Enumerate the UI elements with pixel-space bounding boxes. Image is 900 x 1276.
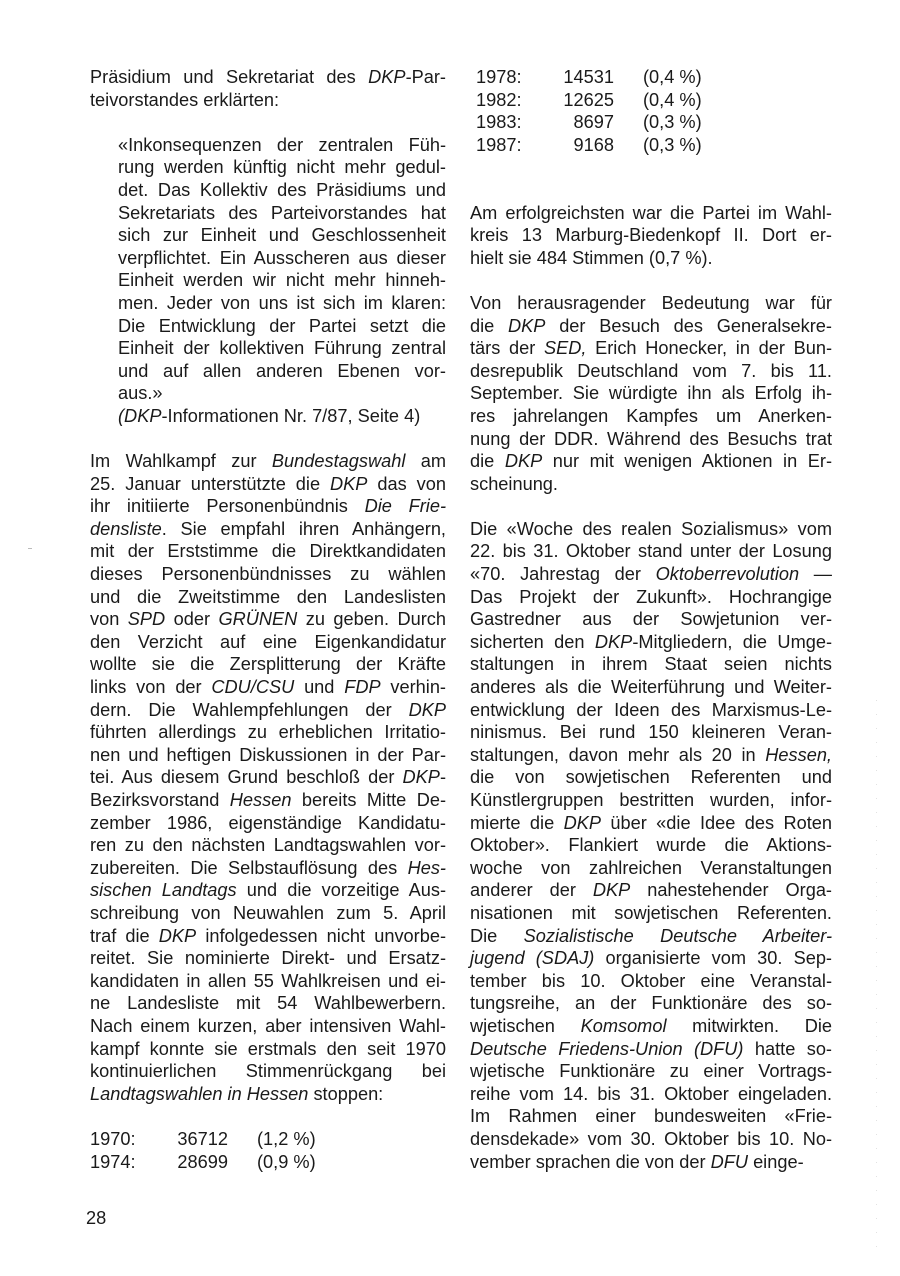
quote-line: verpflichtet. Ein Ausscheren aus dieser: [118, 247, 446, 270]
page-number: 28: [86, 1208, 106, 1229]
text-line: staltungen in ihrem Staat seien nichts: [470, 653, 832, 676]
text-line: jugend (SDAJ) organisierte vom 30. Sep-: [470, 947, 832, 970]
text-line: schreibung von Neuwahlen zum 5. April: [90, 902, 446, 925]
text-line: Bezirksvorstand Hessen bereits Mitte De-: [90, 789, 446, 812]
text-line: wjetische Funktionäre zu einer Vortrags-: [470, 1060, 832, 1083]
left-column: Präsidium und Sekretariat des DKP-Par- t…: [90, 66, 446, 1173]
scan-artifact: [876, 700, 877, 1260]
text-line: ninismus. Bei rund 150 kleineren Veran-: [470, 721, 832, 744]
text-line: Im Rahmen einer bundesweiten «Frie-: [470, 1105, 832, 1128]
text-line: dern. Die Wahlempfehlungen der DKP: [90, 699, 446, 722]
text-line: tei. Aus diesem Grund beschloß der DKP-: [90, 766, 446, 789]
text-line: «70. Jahrestag der Oktoberrevolution —: [470, 563, 832, 586]
text-line: kreis 13 Marburg-Biedenkopf II. Dort er-: [470, 224, 832, 247]
paragraph-honecker: Von herausragender Bedeutung war fürdie …: [470, 292, 832, 495]
scan-artifact: [28, 548, 32, 549]
quote-line: sich zur Einheit und Geschlossenheit: [118, 224, 446, 247]
text-line: die DKP der Besuch des Generalsekre-: [470, 315, 832, 338]
quote-line: Einheit werden wir nicht mehr hinneh-: [118, 269, 446, 292]
text-line: densliste. Sie empfahl ihren Anhängern,: [90, 518, 446, 541]
text-line: Das Projekt der Zukunft». Hochrangige: [470, 586, 832, 609]
text-line: sischen Landtags und die vorzeitige Aus-: [90, 879, 446, 902]
result-row: 1974:28699(0,9 %): [90, 1151, 446, 1174]
text-line: 22. bis 31. Oktober stand unter der Losu…: [470, 540, 832, 563]
result-row: 1987:9168(0,3 %): [476, 134, 832, 157]
quote-line: aus.»: [118, 382, 446, 405]
text-line: scheinung.: [470, 473, 832, 496]
text-line: 25. Januar unterstützte die DKP das von: [90, 473, 446, 496]
text-line: Am erfolgreichsten war die Partei im Wah…: [470, 202, 832, 225]
text-line: densdekade» vom 30. Oktober bis 10. No-: [470, 1128, 832, 1151]
text-line: traf die DKP infolgedessen nicht unvorbe…: [90, 925, 446, 948]
text-line: kandidaten in allen 55 Wahlkreisen und e…: [90, 970, 446, 993]
text-line: führten allerdings zu erheblichen Irrita…: [90, 721, 446, 744]
text-line: Nach einem kurzen, aber intensiven Wahl-: [90, 1015, 446, 1038]
quote-line: Sekretariats des Parteivorstandes hat: [118, 202, 446, 225]
text-line: kampf konnte sie erstmals den seit 1970: [90, 1038, 446, 1061]
document-page: Präsidium und Sekretariat des DKP-Par- t…: [0, 0, 900, 1276]
text-line: die von sowjetischen Referenten und: [470, 766, 832, 789]
text-line: dieses Personenbündnisses zu wählen: [90, 563, 446, 586]
text-line: Von herausragender Bedeutung war für: [470, 292, 832, 315]
text-line: anderer der DKP nahestehender Orga-: [470, 879, 832, 902]
text-line: ren zu den nächsten Landtagswahlen vor-: [90, 834, 446, 857]
text-line: ihr initiierte Personenbündnis Die Frie-: [90, 495, 446, 518]
quote-line: und auf allen anderen Ebenen vor-: [118, 360, 446, 383]
text-line: kontinuierlichen Stimmenrückgang bei: [90, 1060, 446, 1083]
result-row: 1983:8697(0,3 %): [476, 111, 832, 134]
quote-line: det. Das Kollektiv des Präsidiums und: [118, 179, 446, 202]
text-line: nung der DDR. Während des Besuchs trat: [470, 428, 832, 451]
text-line: die DKP nur mit wenigen Aktionen in Er-: [470, 450, 832, 473]
text-line: tungsreihe, an der Funktionäre des so-: [470, 992, 832, 1015]
text-line: Landtagswahlen in Hessen stoppen:: [90, 1083, 446, 1106]
text-line: reitet. Sie nominierte Direkt- und Ersat…: [90, 947, 446, 970]
text-line: den Verzicht auf eine Eigenkandidatur: [90, 631, 446, 654]
result-row: 1982:12625(0,4 %): [476, 89, 832, 112]
text-line: sicherten den DKP-Mitgliedern, die Umge-: [470, 631, 832, 654]
quote-source: (DKP-Informationen Nr. 7/87, Seite 4): [118, 405, 446, 428]
text-line: Oktober». Flankiert wurde die Aktions-: [470, 834, 832, 857]
text-line: nen und heftigen Diskussionen in der Par…: [90, 744, 446, 767]
text-line: Deutsche Friedens-Union (DFU) hatte so-: [470, 1038, 832, 1061]
text-line: mierte die DKP über «die Idee des Roten: [470, 812, 832, 835]
results-table-right: 1978:14531(0,4 %) 1982:12625(0,4 %) 1983…: [476, 66, 832, 156]
text-line: links von der CDU/CSU und FDP verhin-: [90, 676, 446, 699]
text-line: desrepublik Deutschland vom 7. bis 11.: [470, 360, 832, 383]
text-line: vember sprachen die von der DFU einge-: [470, 1151, 832, 1174]
text-line: reihe vom 14. bis 31. Oktober eingeladen…: [470, 1083, 832, 1106]
text-line: wjetischen Komsomol mitwirkten. Die: [470, 1015, 832, 1038]
right-column: 1978:14531(0,4 %) 1982:12625(0,4 %) 1983…: [470, 66, 832, 1173]
quote-line: «Inkonsequenzen der zentralen Füh-: [118, 134, 446, 157]
text-line: von SPD oder GRÜNEN zu geben. Durch: [90, 608, 446, 631]
intro-line-1: Präsidium und Sekretariat des DKP-Par-: [90, 66, 446, 89]
text-line: Im Wahlkampf zur Bundestagswahl am: [90, 450, 446, 473]
paragraph-marburg: Am erfolgreichsten war die Partei im Wah…: [470, 202, 832, 270]
text-line: anderes als die Weiterführung und Weiter…: [470, 676, 832, 699]
text-line: nisationen mit sowjetischen Referenten.: [470, 902, 832, 925]
quote-line: Einheit der kollektiven Führung zentral: [118, 337, 446, 360]
text-line: Gastredner aus der Sowjetunion ver-: [470, 608, 832, 631]
text-line: Die «Woche des realen Sozialismus» vom: [470, 518, 832, 541]
text-line: zubereiten. Die Selbstauflösung des Hes-: [90, 857, 446, 880]
text-line: hielt sie 484 Stimmen (0,7 %).: [470, 247, 832, 270]
quote-line: rung werden künftig nicht mehr gedul-: [118, 156, 446, 179]
text-line: entwicklung der Ideen des Marxismus-Le-: [470, 699, 832, 722]
text-line: und die Zweitstimme den Landeslisten: [90, 586, 446, 609]
blockquote: «Inkonsequenzen der zentralen Füh- rung …: [90, 134, 446, 428]
text-line: Künstlergruppen bestritten wurden, infor…: [470, 789, 832, 812]
text-line: September. Sie würdigte ihn als Erfolg i…: [470, 382, 832, 405]
text-line: ne Landesliste mit 54 Wahlbewerbern.: [90, 992, 446, 1015]
paragraph-woche-sozialismus: Die «Woche des realen Sozialismus» vom22…: [470, 518, 832, 1173]
paragraph-bundestagswahl: Im Wahlkampf zur Bundestagswahl am25. Ja…: [90, 450, 446, 1105]
result-row: 1978:14531(0,4 %): [476, 66, 832, 89]
text-line: wollte sie die Zersplitterung der Kräfte: [90, 653, 446, 676]
text-line: tärs der SED, Erich Honecker, in der Bun…: [470, 337, 832, 360]
text-line: zember 1986, eigenständige Kandidatu-: [90, 812, 446, 835]
results-table-left: 1970:36712(1,2 %) 1974:28699(0,9 %): [90, 1128, 446, 1173]
text-line: staltungen, davon mehr als 20 in Hessen,: [470, 744, 832, 767]
text-line: woche von zahlreichen Veranstaltungen: [470, 857, 832, 880]
text-line: Die Sozialistische Deutsche Arbeiter-: [470, 925, 832, 948]
text-line: res jahrelangen Kampfes um Anerken-: [470, 405, 832, 428]
text-line: tember bis 10. Oktober eine Veranstal-: [470, 970, 832, 993]
quote-line: Die Entwicklung der Partei setzt die: [118, 315, 446, 338]
result-row: 1970:36712(1,2 %): [90, 1128, 446, 1151]
intro-line-2: teivorstandes erklärten:: [90, 89, 446, 112]
quote-line: men. Jeder von uns ist sich im klaren:: [118, 292, 446, 315]
text-line: mit der Erststimme die Direktkandidaten: [90, 540, 446, 563]
